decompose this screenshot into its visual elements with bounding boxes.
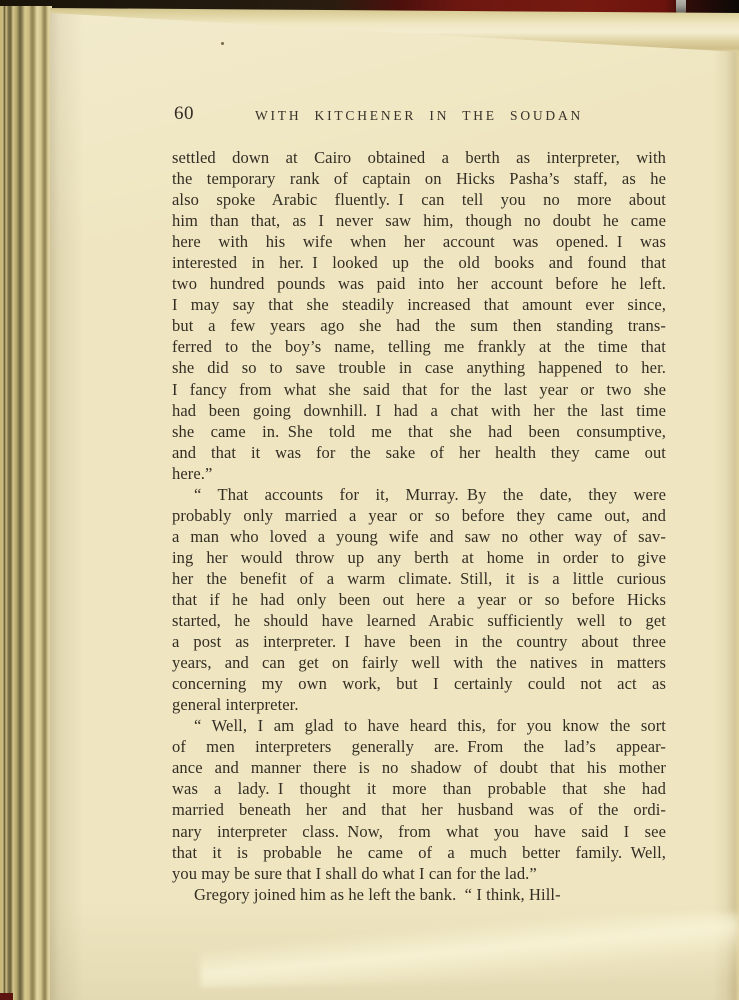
- running-title: WITH KITCHENER IN THE SOUDAN: [172, 103, 666, 127]
- text-line: probably only married a year or so befor…: [172, 505, 666, 526]
- text-line: “ That accounts for it, Murray. By the d…: [172, 484, 666, 505]
- book-photo: 60 WITH KITCHENER IN THE SOUDAN settled …: [0, 0, 739, 1000]
- page-number: 60: [174, 103, 194, 125]
- text-block: settled down at Cairo obtained a berth a…: [172, 147, 666, 905]
- text-line: and that it was for the sake of her heal…: [172, 442, 666, 463]
- text-line: settled down at Cairo obtained a berth a…: [172, 147, 666, 168]
- text-line: years, and can get on fairly well with t…: [172, 652, 666, 673]
- text-line: ing her would throw up any berth at home…: [172, 547, 666, 568]
- paragraph: “ That accounts for it, Murray. By the d…: [172, 484, 666, 716]
- text-line: “ Well, I am glad to have heard this, fo…: [172, 715, 666, 736]
- page-content: 60 WITH KITCHENER IN THE SOUDAN settled …: [172, 103, 666, 905]
- paragraph: Gregory joined him as he left the bank. …: [172, 884, 666, 905]
- page-curve-highlight: [199, 912, 739, 987]
- text-line: general interpreter.: [172, 694, 666, 715]
- text-line: but a few years ago she had the sum then…: [172, 315, 666, 336]
- cover-clip-detail: [676, 0, 686, 14]
- text-line: here with his wife when her account was …: [172, 231, 666, 252]
- text-line: of men interpreters generally are. From …: [172, 736, 666, 757]
- text-line: also spoke Arabic fluently. I can tell y…: [172, 189, 666, 210]
- left-page-edge-stack: [0, 6, 52, 1000]
- paragraph: settled down at Cairo obtained a berth a…: [172, 147, 666, 484]
- text-line: she came in. She told me that she had be…: [172, 421, 666, 442]
- text-line: a man who loved a young wife and saw no …: [172, 526, 666, 547]
- text-line: two hundred pounds was paid into her acc…: [172, 273, 666, 294]
- text-line: her the benefit of a warm climate. Still…: [172, 568, 666, 589]
- text-line: that it is probable he came of a much be…: [172, 842, 666, 863]
- text-line: ance and manner there is no shadow of do…: [172, 757, 666, 778]
- text-line: married beneath her and that her husband…: [172, 799, 666, 820]
- paragraph: “ Well, I am glad to have heard this, fo…: [172, 715, 666, 883]
- text-line: him than that, as I never saw him, thoug…: [172, 210, 666, 231]
- text-line: she did so to save trouble in case anyth…: [172, 357, 666, 378]
- ink-speck: [221, 42, 224, 45]
- text-line: you may be sure that I shall do what I c…: [172, 863, 666, 884]
- text-line: here.”: [172, 463, 666, 484]
- text-line: the temporary rank of captain on Hicks P…: [172, 168, 666, 189]
- text-line: ferred to the boy’s name, telling me fra…: [172, 336, 666, 357]
- running-header: 60 WITH KITCHENER IN THE SOUDAN: [172, 103, 666, 125]
- text-line: a post as interpreter. I have been in th…: [172, 631, 666, 652]
- text-line: I may say that she steadily increased th…: [172, 294, 666, 315]
- text-line: started, he should have learned Arabic s…: [172, 610, 666, 631]
- text-line: concerning my own work, but I certainly …: [172, 673, 666, 694]
- text-line: that if he had only been out here a year…: [172, 589, 666, 610]
- text-line: had been going downhill. I had a chat wi…: [172, 400, 666, 421]
- text-line: Gregory joined him as he left the bank. …: [172, 884, 666, 905]
- text-line: interested in her. I looked up the old b…: [172, 252, 666, 273]
- text-line: nary interpreter class. Now, from what y…: [172, 821, 666, 842]
- text-line: was a lady. I thought it more than proba…: [172, 778, 666, 799]
- cover-bottom-sliver: [0, 993, 13, 1000]
- text-line: I fancy from what she said that for the …: [172, 379, 666, 400]
